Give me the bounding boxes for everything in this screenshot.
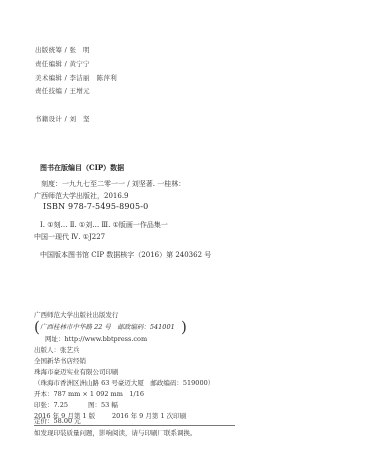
cip-line-classification: Ⅰ. ①刻… Ⅱ. ①刘… Ⅲ. ①版画一作品集一 [40, 220, 168, 230]
credit-name: 张 明 [69, 46, 89, 54]
format-size: 开本：787 mm × 1 092 mm 1/16 [34, 389, 144, 398]
credit-role: 美术编辑 [35, 74, 62, 82]
credit-name: 刘 坚 [69, 115, 89, 123]
credit-role: 责任编辑 [35, 60, 62, 68]
divider-line [34, 425, 235, 426]
cip-verification-number: 中国版本图书馆 CIP 数据核字（2016）第 240362 号 [40, 250, 211, 260]
publisher-person: 出版人：张艺兵 [34, 345, 80, 354]
credit-responsible-editor: 责任编辑 / 黄宁宁 [35, 59, 90, 68]
print-sheets: 印张：7.25 [34, 400, 68, 409]
printer-address: （珠海市香洲区洲山路 63 号豪迈大厦 邮政编码：519000） [34, 378, 214, 387]
publisher-address: 广西桂林市中华路 22 号 邮政编码：541001 [40, 322, 175, 331]
cip-line-publisher: 广西师范大学出版社，2016.9 [34, 191, 129, 201]
credit-art-editor: 美术编辑 / 李洁丽 陈萍利 [35, 73, 117, 82]
credit-technical-editor: 责任技编 / 王增元 [35, 86, 90, 95]
cip-line-classification-cont: 中国一现代 Ⅳ. ①J227 [34, 232, 105, 242]
credit-role: 责任技编 [35, 87, 62, 95]
credit-name: 李洁丽 陈萍利 [69, 74, 117, 82]
image-count: 图：53 幅 [88, 400, 118, 409]
bracket-close: ) [181, 318, 187, 336]
credit-role: 出版统筹 [35, 46, 62, 54]
credit-name: 王增元 [69, 87, 89, 95]
printer: 珠海市豪迈实业有限公司印刷 [34, 367, 119, 376]
credit-name: 黄宁宁 [69, 60, 89, 68]
credit-publishing-coordinator: 出版统筹 / 张 明 [35, 45, 90, 54]
cip-title: 图书在版编目（CIP）数据 [40, 163, 124, 173]
price: 定价：58.00 元 [34, 416, 81, 425]
quality-notice: 如发现印装质量问题，影响阅读，请与印刷厂联系调换。 [34, 428, 197, 437]
cip-line-title: 刻度：一九九七至二零一一 / 刘坚著. 一桂林： [41, 179, 185, 189]
credit-role: 书籍设计 [35, 115, 62, 123]
cip-isbn: ISBN 978-7-5495-8905-0 [43, 202, 148, 211]
publisher-website: 网址：http://www.bbtpress.com [45, 334, 147, 343]
distributor: 全国新华书店经销 [34, 356, 86, 365]
publisher-issued-by: 广西师范大学出版社出版发行 [34, 310, 119, 319]
printing: 2016 年 9 月第 1 次印刷 [112, 411, 186, 420]
bracket-open: ( [34, 318, 40, 336]
credit-book-design: 书籍设计 / 刘 坚 [35, 114, 90, 123]
